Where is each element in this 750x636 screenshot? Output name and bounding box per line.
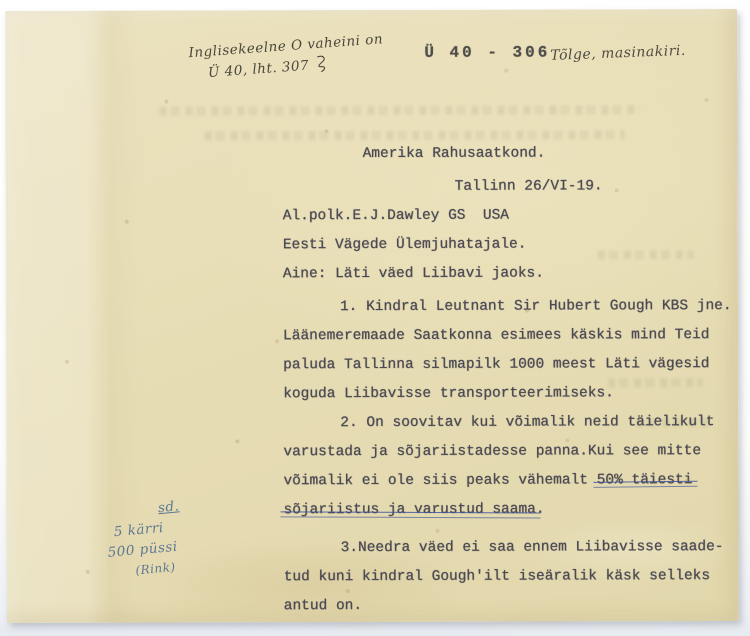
letter-organization: Amerika Rahusaatkond. bbox=[283, 139, 732, 169]
paragraph1-line: Läänemeremaade Saatkonna esimees käskis … bbox=[283, 321, 732, 351]
paragraph2-line: varustada ja sõjariistadesse panna.Kui s… bbox=[283, 437, 732, 467]
paragraph3-line: antud on. bbox=[284, 591, 733, 621]
document-page: Inglisekeelne O vaheini on Ü 40, lht. 30… bbox=[5, 9, 739, 623]
underlined-phrase: sõjariistus ja varustud saama bbox=[283, 502, 535, 519]
paragraph3-line: tud kuni kindral Gough'ilt iseäralik käs… bbox=[284, 562, 733, 592]
paragraph2-line: sõjariistus ja varustud saama. bbox=[283, 495, 732, 525]
letter-recipient-line: Al.polk.E.J.Dawley GS USA bbox=[283, 201, 732, 231]
letter-subject: Aine: Läti väed Liibavi jaoks. bbox=[283, 259, 732, 289]
underlined-phrase: 50% täiesti bbox=[597, 472, 693, 488]
bleedthrough-smudge bbox=[159, 105, 639, 115]
letter-body: Amerika Rahusaatkond. Tallinn 26/VI-19. … bbox=[283, 139, 733, 621]
reference-number: Ü 40 - 306 bbox=[424, 44, 550, 62]
handwritten-translation-note: Tõlge, masinakiri. bbox=[550, 43, 686, 64]
paragraph1-line: paluda Tallinna silmapilk 1000 meest Lät… bbox=[283, 350, 732, 380]
paragraph1-line: 1. Kindral Leutnant Sir Hubert Gough KBS… bbox=[283, 292, 732, 322]
signature-flourish-icon bbox=[314, 54, 330, 80]
paragraph3-line: 3.Needra väed ei saa ennem Liibavisse sa… bbox=[284, 533, 733, 563]
paragraph2-line: 2. On soovitav kui võimalik neid täielik… bbox=[283, 408, 732, 438]
photo-background: Inglisekeelne O vaheini on Ü 40, lht. 30… bbox=[0, 0, 750, 636]
paragraph2-line: võimalik ei ole siis peaks vähemalt 50% … bbox=[283, 466, 732, 496]
letter-recipient-line: Eesti Vägede Ülemjuhatajale. bbox=[283, 230, 732, 260]
letter-dateline: Tallinn 26/VI-19. bbox=[283, 172, 732, 202]
handwritten-margin-note: sd. 5 kärri 500 püssi (Rink) bbox=[95, 489, 262, 583]
handwritten-archive-note: Inglisekeelne O vaheini on Ü 40, lht. 30… bbox=[188, 29, 386, 89]
paragraph1-line: koguda Liibavisse transporteerimiseks. bbox=[283, 379, 732, 409]
